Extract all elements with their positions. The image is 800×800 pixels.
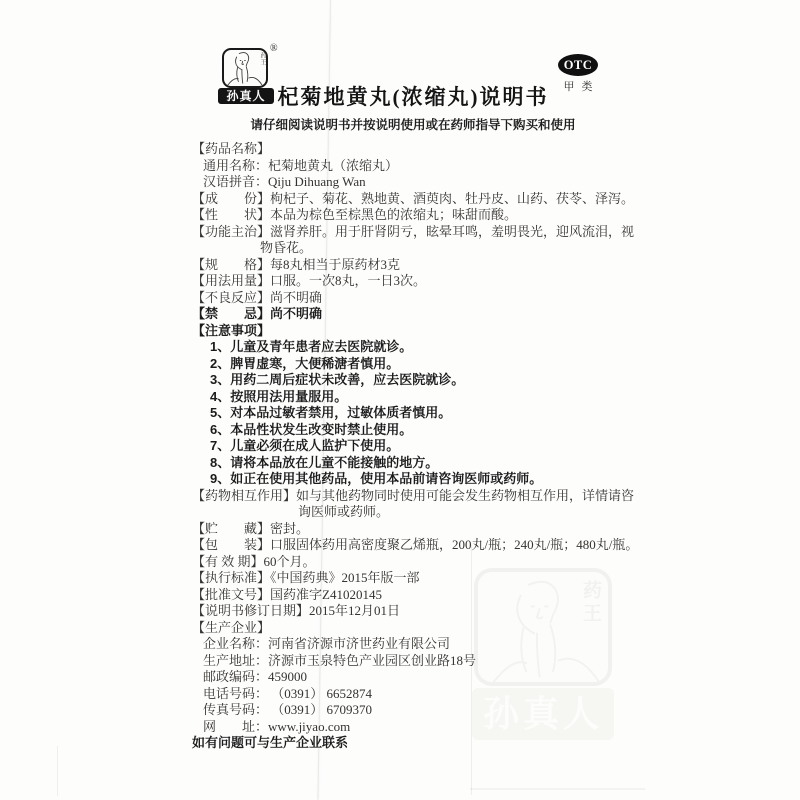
document-line: 【药物相互作用】如与其他药物同时使用可能会发生药物相互作用，详情请咨 xyxy=(192,488,652,505)
document-line: 物昏花。 xyxy=(192,240,652,257)
usage-advisory: 请仔细阅读说明书并按说明使用或在药师指导下购买和使用 xyxy=(146,117,680,134)
document-line: 7、儿童必须在成人监护下使用。 xyxy=(192,438,652,455)
seal-text: 药王 xyxy=(259,52,265,66)
document-line: 汉语拼音：Qiju Dihuang Wan xyxy=(192,174,652,191)
document-line: 【注意事项】 xyxy=(192,323,652,340)
document-line: 【功能主治】滋肾养肝。用于肝肾阴亏，眩晕耳鸣，羞明畏光，迎风流泪，视 xyxy=(192,224,652,241)
document-line: 网 址：www.jiyao.com xyxy=(192,719,652,736)
document-line: 【生产企业】 xyxy=(192,620,652,637)
drug-title: 杞菊地黄丸(浓缩丸)说明书 xyxy=(146,83,680,111)
document-line: 【执行标准】《中国药典》2015年版一部 xyxy=(192,570,652,587)
fold-crease-bottom-left xyxy=(57,746,58,796)
document-line: 【不良反应】尚不明确 xyxy=(192,290,652,307)
document-line: 电话号码： （0391） 6652874 xyxy=(192,686,652,703)
document-line: 【说明书修订日期】2015年12月01日 xyxy=(192,603,652,620)
document-line: 8、请将本品放在儿童不能接触的地方。 xyxy=(192,455,652,472)
document-line: 2、脾胃虚寒，大便稀溏者慎用。 xyxy=(192,356,652,373)
document-line: 9、如正在使用其他药品，使用本品前请咨询医师或药师。 xyxy=(192,471,652,488)
package-insert-scan: ® 药王 孙真人 OTC 甲类 杞菊地黄丸(浓缩丸)说明书 请仔细阅读说明书并按… xyxy=(0,0,800,800)
document-line: 企业名称：河南省济源市济世药业有限公司 xyxy=(192,636,652,653)
document-line: 【包 装】口服固体药用高密度聚乙烯瓶，200丸/瓶；240丸/瓶；480丸/瓶。 xyxy=(192,537,652,554)
document-line: 询医师或药师。 xyxy=(192,504,652,521)
document-line: 1、儿童及青年患者应去医院就诊。 xyxy=(192,339,652,356)
paper-edge-shadow xyxy=(470,788,645,790)
document-line: 通用名称：杞菊地黄丸（浓缩丸） xyxy=(192,158,652,175)
otc-mark: OTC xyxy=(558,54,598,76)
document-line: 传真号码： （0391） 6709370 xyxy=(192,702,652,719)
document-line: 【成 份】枸杞子、菊花、熟地黄、酒萸肉、牡丹皮、山药、茯苓、泽泻。 xyxy=(192,191,652,208)
document-line: 如有问题可与生产企业联系 xyxy=(192,735,652,752)
document-line: 3、用药二周后症状未改善，应去医院就诊。 xyxy=(192,372,652,389)
document-line: 【用法用量】口服。一次8丸，一日3次。 xyxy=(192,273,652,290)
document-line: 4、按照用法用量服用。 xyxy=(192,389,652,406)
document-line: 【性 状】本品为棕色至棕黑色的浓缩丸；味甜而酸。 xyxy=(192,207,652,224)
document-line: 【禁 忌】尚不明确 xyxy=(192,306,652,323)
document-line: 【贮 藏】密封。 xyxy=(192,521,652,538)
document-body: 【药品名称】通用名称：杞菊地黄丸（浓缩丸）汉语拼音：Qiju Dihuang W… xyxy=(192,141,652,752)
document-line: 【有 效 期】60个月。 xyxy=(192,554,652,571)
registered-trademark-icon: ® xyxy=(270,43,278,54)
document-line: 生产地址：济源市玉泉特色产业园区创业路18号 xyxy=(192,653,652,670)
document-line: 邮政编码：459000 xyxy=(192,669,652,686)
document-line: 6、本品性状发生改变时禁止使用。 xyxy=(192,422,652,439)
document-line: 【药品名称】 xyxy=(192,141,652,158)
sage-portrait-icon: 药王 xyxy=(222,48,268,88)
document-line: 【规 格】每8丸相当于原药材3克 xyxy=(192,257,652,274)
document-line: 【批准文号】国药准字Z41020145 xyxy=(192,587,652,604)
document-line: 5、对本品过敏者禁用，过敏体质者慎用。 xyxy=(192,405,652,422)
